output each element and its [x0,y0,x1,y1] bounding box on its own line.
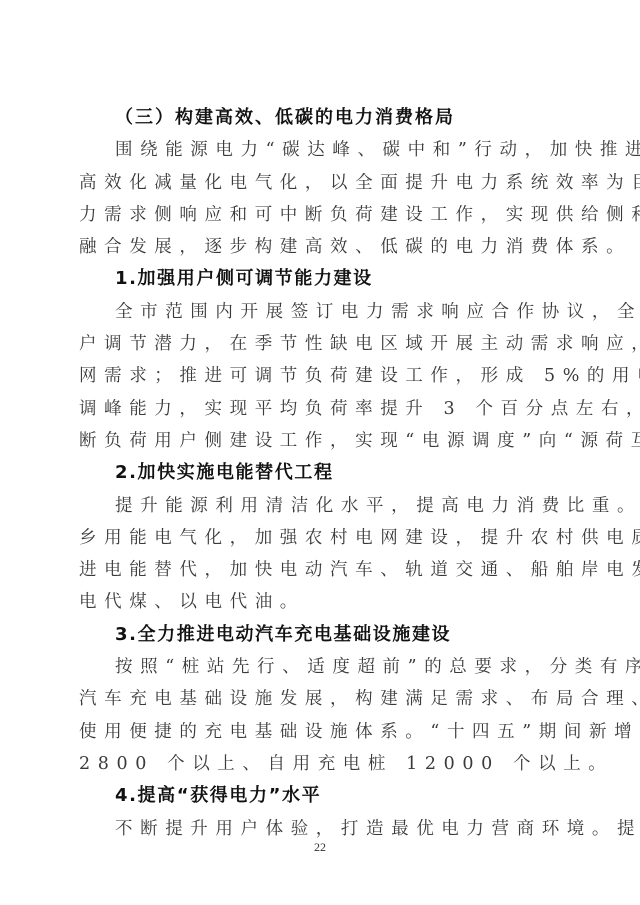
document-page: （三）构建高效、低碳的电力消费格局 围绕能源电力“碳达峰、碳中和”行动，加快推进… [0,0,640,905]
subsection-1: 1.加强用户侧可调节能力建设 全市范围内开展签订电力需求响应合作协议，全方位激发… [79,263,563,457]
paragraph-line: 进电能替代，加快电动汽车、轨道交通、船舶岸电发展，推行以 [79,554,563,586]
subsection-heading: 3.全力推进电动汽车充电基础设施建设 [79,619,563,651]
page-number: 22 [0,840,640,855]
subsection-heading: 4.提高“获得电力”水平 [79,780,563,812]
paragraph-line: 全市范围内开展签订电力需求响应合作协议，全方位激发用 [79,296,563,328]
paragraph-line: 调峰能力，实现平均负荷率提升 3 个百分点左右，做好秒级可中 [79,393,563,425]
paragraph-line: 力需求侧响应和可中断负荷建设工作，实现供给侧和需求侧高度 [79,199,563,231]
subsection-3: 3.全力推进电动汽车充电基础设施建设 按照“桩站先行、适度超前”的总要求，分类有… [79,619,563,780]
paragraph-line: 提升能源利用清洁化水平，提高电力消费比重。加快推进城 [79,490,563,522]
paragraph-line: 汽车充电基础设施发展，构建满足需求、布局合理、功能完善、 [79,683,563,715]
paragraph-line: 2800 个以上、自用充电桩 12000 个以上。 [79,748,563,780]
paragraph-line: 乡用能电气化，加强农村电网建设，提升农村供电质量。积极推 [79,522,563,554]
paragraph-line: 户调节潜力，在季节性缺电区域开展主动需求响应，精准匹配电 [79,328,563,360]
paragraph-line: 融合发展，逐步构建高效、低碳的电力消费体系。 [79,231,563,263]
subsection-2: 2.加快实施电能替代工程 提升能源利用清洁化水平，提高电力消费比重。加快推进城 … [79,457,563,618]
subsection-4: 4.提高“获得电力”水平 不断提升用户体验，打造最优电力营商环境。提供以电为中 [79,780,563,845]
paragraph-line: 使用便捷的充电基础设施体系。“十四五”期间新增公用充电桩 [79,716,563,748]
paragraph-line: 断负荷用户侧建设工作，实现“电源调度”向“源荷互动”转变。 [79,425,563,457]
paragraph-line: 按照“桩站先行、适度超前”的总要求，分类有序推进电动 [79,651,563,683]
paragraph-line: 围绕能源电力“碳达峰、碳中和”行动，加快推进能源消费 [79,134,563,166]
intro-paragraph: 围绕能源电力“碳达峰、碳中和”行动，加快推进能源消费 高效化减量化电气化，以全面… [79,134,563,263]
subsection-heading: 1.加强用户侧可调节能力建设 [79,263,563,295]
paragraph-line: 网需求；推进可调节负荷建设工作，形成 5%的用电最大负荷机动 [79,360,563,392]
paragraph-line: 高效化减量化电气化，以全面提升电力系统效率为目标，落实电 [79,167,563,199]
subsection-heading: 2.加快实施电能替代工程 [79,457,563,489]
document-body: （三）构建高效、低碳的电力消费格局 围绕能源电力“碳达峰、碳中和”行动，加快推进… [79,102,563,845]
section-heading: （三）构建高效、低碳的电力消费格局 [79,102,563,134]
paragraph-line: 电代煤、以电代油。 [79,586,563,618]
